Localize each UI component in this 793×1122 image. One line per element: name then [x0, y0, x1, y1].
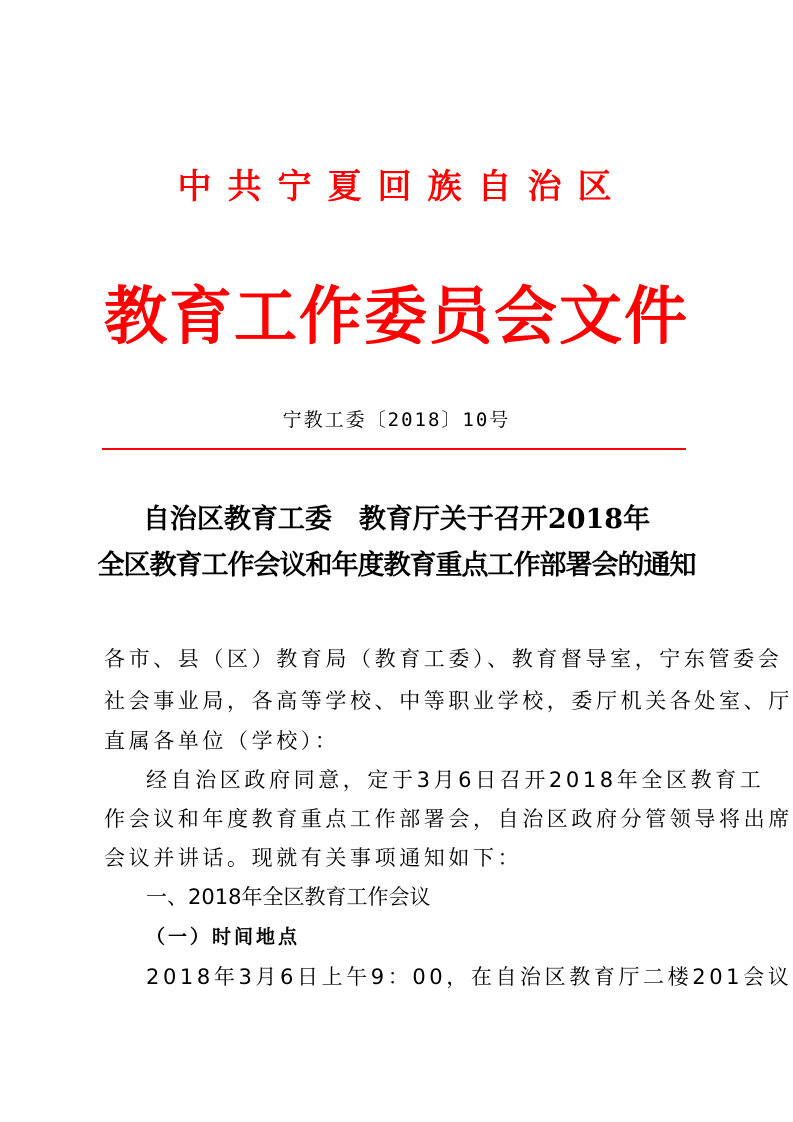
- issuing-organization-line2: 教育工作委员会文件: [0, 276, 793, 356]
- intro-paragraph-line: 经自治区政府同意，定于3月6日召开2018年全区教育工: [146, 765, 764, 795]
- addressee-line: 社会事业局，各高等学校、中等职业学校，委厅机关各处室、厅: [104, 686, 793, 716]
- section-heading: 一、2018年全区教育工作会议: [146, 882, 430, 912]
- addressee-line: 直属各单位（学校）：: [104, 726, 340, 756]
- subsection-heading: （一）时间地点: [146, 922, 300, 952]
- intro-paragraph-line: 作会议和年度教育重点工作部署会，自治区政府分管领导将出席: [104, 804, 793, 834]
- issuing-organization-line1: 中共宁夏回族自治区: [0, 162, 793, 212]
- intro-paragraph-line: 会议并讲话。现就有关事项通知如下：: [104, 843, 522, 873]
- document-title-line2: 全区教育工作会议和年度教育重点工作部署会的通知: [0, 546, 793, 586]
- addressee-line: 各市、县（区）教育局（教育工委）、教育督导室，宁东管委会: [104, 644, 782, 674]
- red-divider-line: [102, 448, 686, 450]
- document-number: 宁教工委〔2018〕10号: [0, 405, 793, 435]
- subsection-text-line: 2018年3月6日上午9：00，在自治区教育厅二楼201会议: [146, 962, 792, 992]
- document-title-line1: 自治区教育工委 教育厅关于召开2018年: [0, 500, 793, 540]
